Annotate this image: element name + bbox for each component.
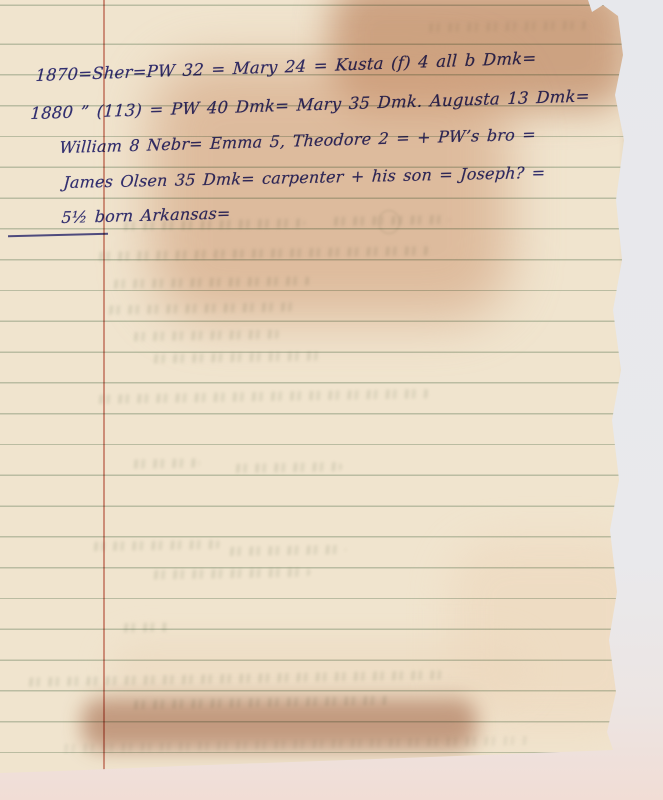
torn-right-edge [619,0,635,778]
ghost-writing [130,458,200,468]
ghost-writing [232,462,342,473]
scanned-document: 1870=Sher=PW 32 = Mary 24 = Kusta (f) 4 … [0,0,663,800]
ghost-circled-letter [378,210,400,234]
notebook-page: 1870=Sher=PW 32 = Mary 24 = Kusta (f) 4 … [0,0,645,778]
ghost-writing [120,623,170,633]
